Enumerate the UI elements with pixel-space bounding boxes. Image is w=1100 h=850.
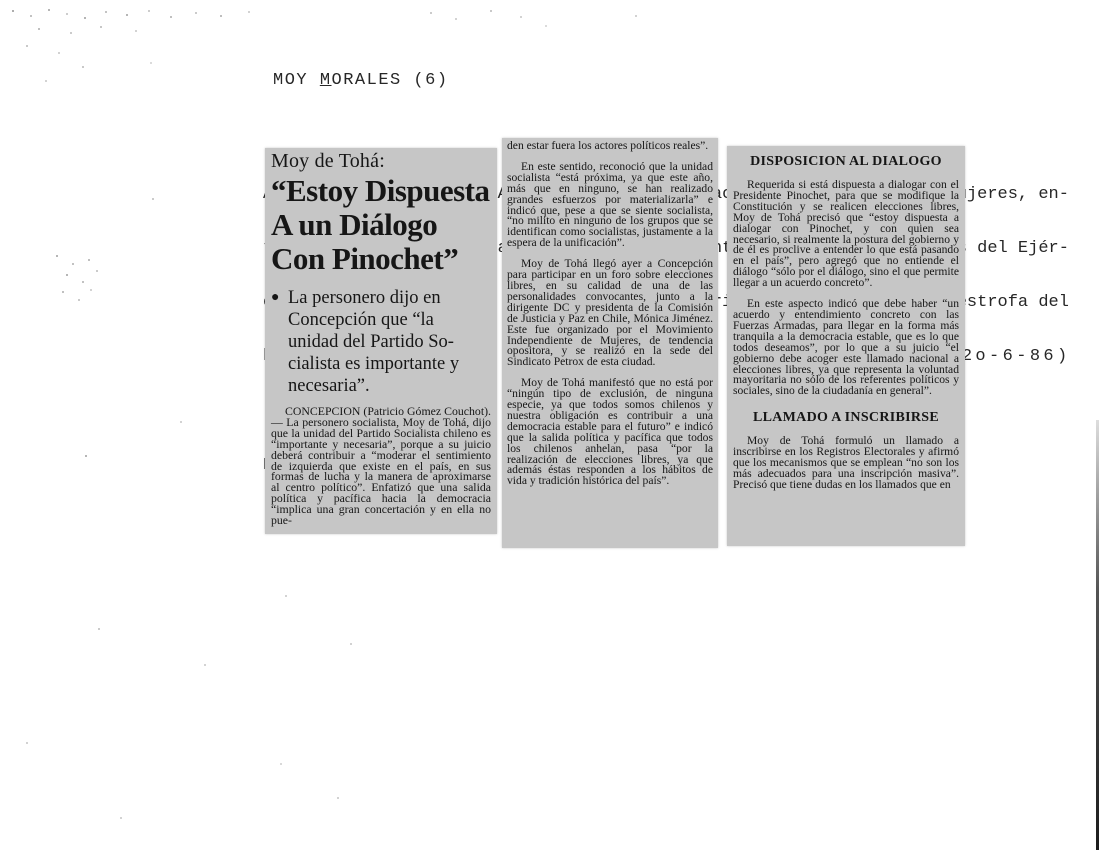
scan-edge-shadow	[1096, 420, 1099, 850]
section-header-llamado: LLAMADO A INSCRIBIRSE	[733, 410, 959, 426]
clipping-column-3: DISPOSICION AL DIALOGO Requerida si está…	[727, 146, 965, 546]
paragraph: Moy de Tohá formuló un llamado a inscrib…	[733, 436, 959, 491]
clipping-column-1: Moy de Tohá: “Estoy Dispuesta A un Diálo…	[265, 148, 497, 534]
paragraph: Moy de Tohá manifestó que no está por “n…	[507, 378, 713, 487]
subhead: ● La personero dijo en Concepción que “l…	[271, 287, 491, 397]
paragraph: Moy de Tohá llegó ayer a Concepción para…	[507, 259, 713, 368]
bullet-icon: ●	[271, 287, 288, 397]
paragraph: Requerida si está dispuesta a dialogar c…	[733, 180, 959, 289]
kicker: Moy de Tohá:	[271, 150, 491, 172]
paragraph: den estar fuera los actores políticos re…	[507, 141, 713, 152]
typed-title: MOY MORALES (6)	[263, 72, 1083, 90]
scanned-page: MOY MORALES (6) Ayer, ESTELA ORTIZ DE PA…	[0, 0, 1100, 850]
typed-title-pre: MOY	[273, 71, 320, 90]
subhead-text: La personero dijo en Concepción que “la …	[288, 287, 491, 397]
paragraph: En este aspecto indicó que debe haber “u…	[733, 299, 959, 397]
typed-title-post: ORALES (6)	[332, 71, 449, 90]
headline: “Estoy Dispuesta A un Diálogo Con Pinoch…	[271, 174, 491, 276]
paragraph: CONCEPCION (Patricio Gómez Couchot).— La…	[271, 406, 491, 526]
clipping-column-2: den estar fuera los actores políticos re…	[502, 138, 718, 548]
paragraph: En este sentido, reconoció que la unidad…	[507, 162, 713, 249]
scan-noise	[0, 0, 2, 2]
section-header-disposicion: DISPOSICION AL DIALOGO	[733, 154, 959, 170]
typed-title-underlined-letter: M	[320, 71, 332, 90]
